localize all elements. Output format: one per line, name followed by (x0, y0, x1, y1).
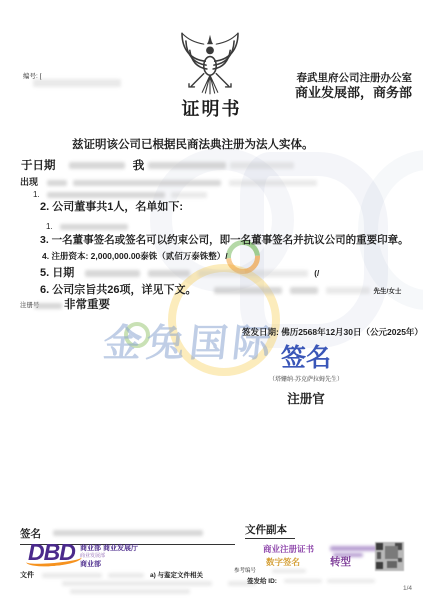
office-name-line1: 春武里府公司注册办公室 (295, 72, 412, 84)
list-item-5-label: 5. 日期 (40, 267, 74, 279)
redaction-bar (327, 579, 375, 583)
date-row-me: 我 (133, 160, 145, 172)
sub-item-row: 1. (33, 190, 207, 199)
dept-line3: 商业部 (80, 561, 101, 569)
date-row: 于日期 我 (21, 160, 294, 173)
sub-item-prefix: 1. (46, 222, 53, 231)
redaction-bar (148, 162, 226, 169)
document-content: 编号: [ 春武里府公司注册办公室 商业发展部，商务部 证明书 兹证明该公司已根… (0, 0, 423, 600)
redaction-bar (60, 224, 128, 230)
list-item-2: 2. 公司董事共1人，名单如下: (40, 201, 183, 214)
redaction-bar (33, 79, 121, 87)
dbd-logo: DBD (28, 541, 80, 567)
issued-row: 签发给 ID: (247, 578, 375, 585)
signer-name-text: （塔姗纳·苏克萨拉姆先生） (240, 377, 372, 384)
qr-code (374, 541, 405, 572)
intro-text: 兹证明该公司已根据民商法典注册为法人实体。 (72, 139, 314, 152)
sub-item-prefix: 1. (33, 190, 40, 199)
footer-doc-label: 文件 (20, 572, 34, 579)
list-item-5: 5. 日期 (/ (40, 267, 319, 280)
redaction-bar (272, 569, 306, 573)
redaction-bar (230, 162, 294, 169)
redaction-bar (229, 180, 317, 186)
redaction-bar (69, 162, 125, 169)
redaction-bar (108, 573, 144, 578)
redaction-bar (284, 579, 322, 583)
redaction-bar (47, 192, 165, 198)
redaction-bar (148, 270, 190, 277)
issued-to-label: 签发给 ID: (247, 578, 277, 585)
list-item-4: 4. 注册资本: 2,000,000.00泰铢（贰佰万泰铢整）/ (42, 252, 228, 262)
garuda-emblem-icon (170, 27, 250, 97)
signature-text: 签名 (240, 344, 372, 373)
list-item-6: 6. 公司宗旨共26项，详见下文。 先生/女士 (40, 284, 401, 297)
list-item-6-suffix: 先生/女士 (374, 288, 402, 295)
redaction-bar (34, 303, 62, 309)
redaction-bar (171, 192, 207, 198)
cert-title-text: 商业注册证书 (263, 545, 314, 555)
redaction-bar (214, 287, 282, 294)
list-item-5-suffix: (/ (314, 269, 319, 278)
redaction-bar (85, 270, 140, 277)
redaction-bar (73, 180, 221, 186)
transform-text: 转型 (330, 556, 351, 568)
dept-line1: 商业部 商业发展厅 (80, 545, 138, 553)
redaction-bar (42, 573, 102, 578)
appear-row-label: 出现 (20, 177, 38, 187)
redaction-bar (198, 270, 308, 277)
very-important-text: 非常重要 (64, 299, 110, 312)
issue-date-text: 签发日期: 佛历2568年12月30日（公元2025年） (242, 328, 423, 338)
ref-label: 参考编号 (234, 568, 256, 574)
registrar-text: 注册官 (240, 392, 372, 406)
redaction-bar (70, 589, 190, 594)
digital-sign-text: 数字签名 (266, 558, 300, 568)
sub-item-row: 1. (46, 222, 128, 231)
redaction-bar (62, 581, 212, 586)
certificate-page: 金兔国际 (0, 0, 423, 600)
doc-title: 证明书 (0, 99, 423, 120)
ref-row: 参考编号 (234, 568, 306, 574)
list-item-6-text: 6. 公司宗旨共26项，详见下文。 (40, 284, 196, 296)
footer-copy-label: 文件副本 (245, 524, 295, 539)
page-number: 1/4 (403, 585, 412, 592)
redaction-bar (326, 287, 370, 294)
appear-row: 出现 (20, 177, 317, 187)
date-row-label: 于日期 (21, 160, 56, 172)
redaction-bar (53, 530, 203, 536)
dept-line2: 商业发展部 (80, 554, 105, 560)
footer-doc-note: a) 与鉴定文件相关 (150, 572, 203, 579)
footer-doc-row: 文件 a) 与鉴定文件相关 (20, 572, 203, 580)
redaction-bar (290, 287, 318, 294)
list-item-3: 3. 一名董事签名或签名可以约束公司，即一名董事签名并抗议公司的重要印章。 (40, 234, 409, 246)
redaction-bar (47, 180, 67, 186)
